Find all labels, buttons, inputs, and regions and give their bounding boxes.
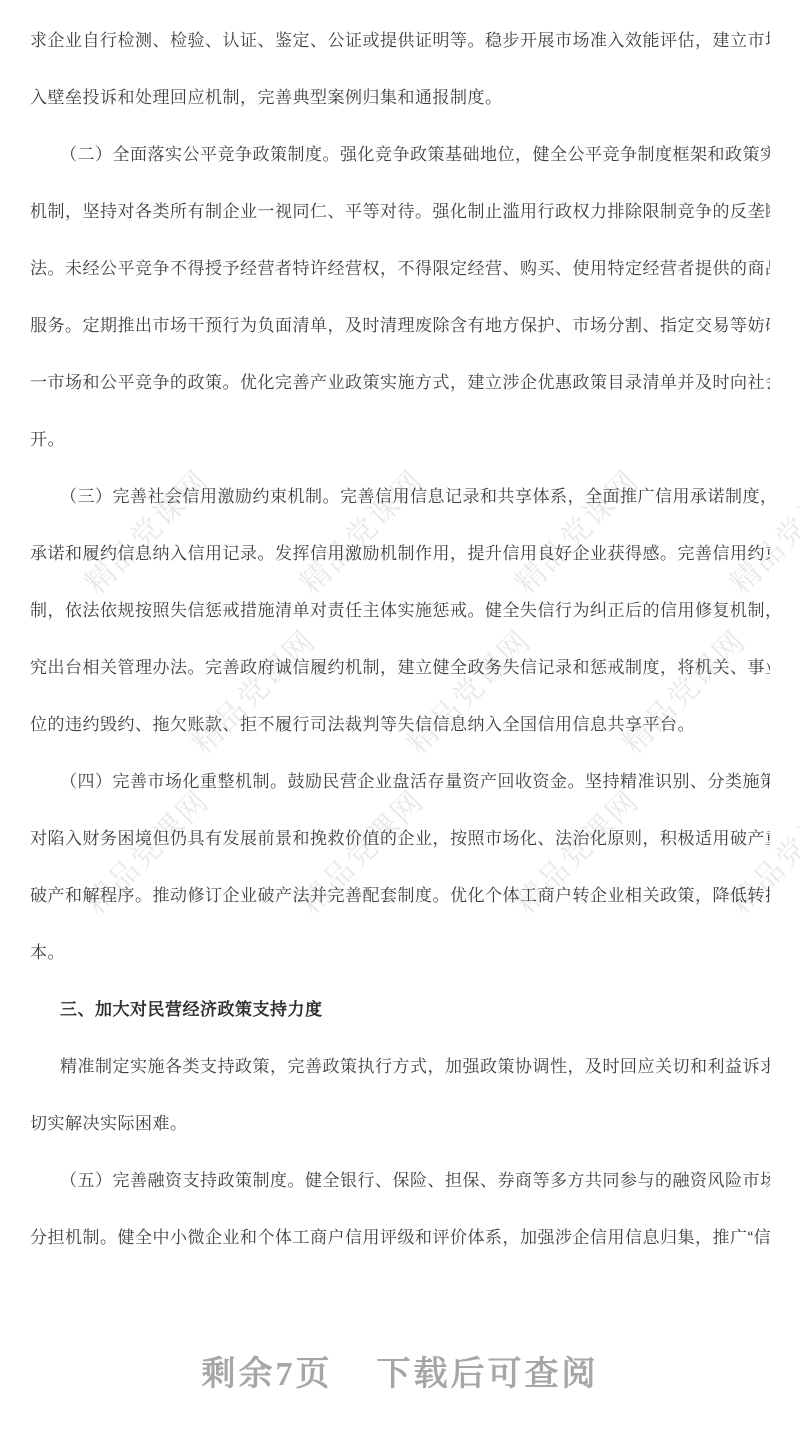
document-line: 法。未经公平竞争不得授予经营者特许经营权，不得限定经营、购买、使用特定经营者提供… [30, 240, 770, 297]
download-hint-label: 下载后可查阅 [377, 1356, 599, 1393]
pages-remaining-label: 剩余7页 [202, 1356, 333, 1393]
paragraph: （二）全面落实公平竞争政策制度。强化竞争政策基础地位，健全公平竞争制度框架和政策… [30, 126, 770, 468]
document-line: 位的违约毁约、拖欠账款、拒不履行司法裁判等失信信息纳入全国信用信息共享平台。 [30, 696, 770, 753]
document-line: （三）完善社会信用激励约束机制。完善信用信息记录和共享体系，全面推广信用承诺制度… [30, 468, 770, 525]
document-line: 对陷入财务困境但仍具有发展前景和挽救价值的企业，按照市场化、法治化原则，积极适用… [30, 810, 770, 867]
paragraph: （四）完善市场化重整机制。鼓励民营企业盘活存量资产回收资金。坚持精准识别、分类施… [30, 753, 770, 981]
section-heading: 三、加大对民营经济政策支持力度 [30, 981, 770, 1038]
document-body: 求企业自行检测、检验、认证、鉴定、公证或提供证明等。稳步开展市场准入效能评估，建… [30, 12, 770, 1266]
document-line: 究出台相关管理办法。完善政府诚信履约机制，建立健全政务失信记录和惩戒制度，将机关… [30, 639, 770, 696]
document-line: 精准制定实施各类支持政策，完善政策执行方式，加强政策协调性，及时回应关切和利益诉… [30, 1038, 770, 1095]
paragraph: （五）完善融资支持政策制度。健全银行、保险、担保、券商等多方共同参与的融资风险市… [30, 1152, 770, 1266]
document-line: 开。 [30, 411, 770, 468]
paragraph: （三）完善社会信用激励约束机制。完善信用信息记录和共享体系，全面推广信用承诺制度… [30, 468, 770, 753]
paragraph: 求企业自行检测、检验、认证、鉴定、公证或提供证明等。稳步开展市场准入效能评估，建… [30, 12, 770, 126]
document-line: 一市场和公平竞争的政策。优化完善产业政策实施方式，建立涉企优惠政策目录清单并及时… [30, 354, 770, 411]
document-line: 制，依法依规按照失信惩戒措施清单对责任主体实施惩戒。健全失信行为纠正后的信用修复… [30, 582, 770, 639]
document-line: 机制，坚持对各类所有制企业一视同仁、平等对待。强化制止滥用行政权力排除限制竞争的… [30, 183, 770, 240]
document-line: （四）完善市场化重整机制。鼓励民营企业盘活存量资产回收资金。坚持精准识别、分类施… [30, 753, 770, 810]
document-line: （二）全面落实公平竞争政策制度。强化竞争政策基础地位，健全公平竞争制度框架和政策… [30, 126, 770, 183]
document-line: 求企业自行检测、检验、认证、鉴定、公证或提供证明等。稳步开展市场准入效能评估，建… [30, 12, 770, 69]
pages-remaining-banner: 剩余7页下载后可查阅 [0, 1352, 800, 1398]
document-line: 服务。定期推出市场干预行为负面清单，及时清理废除含有地方保护、市场分割、指定交易… [30, 297, 770, 354]
document-line: 承诺和履约信息纳入信用记录。发挥信用激励机制作用，提升信用良好企业获得感。完善信… [30, 525, 770, 582]
document-line: 本。 [30, 924, 770, 981]
paragraph: 精准制定实施各类支持政策，完善政策执行方式，加强政策协调性，及时回应关切和利益诉… [30, 1038, 770, 1152]
document-line: 三、加大对民营经济政策支持力度 [30, 981, 770, 1038]
document-line: 破产和解程序。推动修订企业破产法并完善配套制度。优化个体工商户转企业相关政策，降… [30, 867, 770, 924]
document-line: （五）完善融资支持政策制度。健全银行、保险、担保、券商等多方共同参与的融资风险市… [30, 1152, 770, 1209]
document-line: 入壁垒投诉和处理回应机制，完善典型案例归集和通报制度。 [30, 69, 770, 126]
document-line: 切实解决实际困难。 [30, 1095, 770, 1152]
document-line: 分担机制。健全中小微企业和个体工商户信用评级和评价体系，加强涉企信用信息归集，推… [30, 1209, 770, 1266]
document-preview-page: 精品党课网精品党课网精品党课网精品党课网精品党课网精品党课网精品党课网精品党课网… [0, 0, 800, 1447]
